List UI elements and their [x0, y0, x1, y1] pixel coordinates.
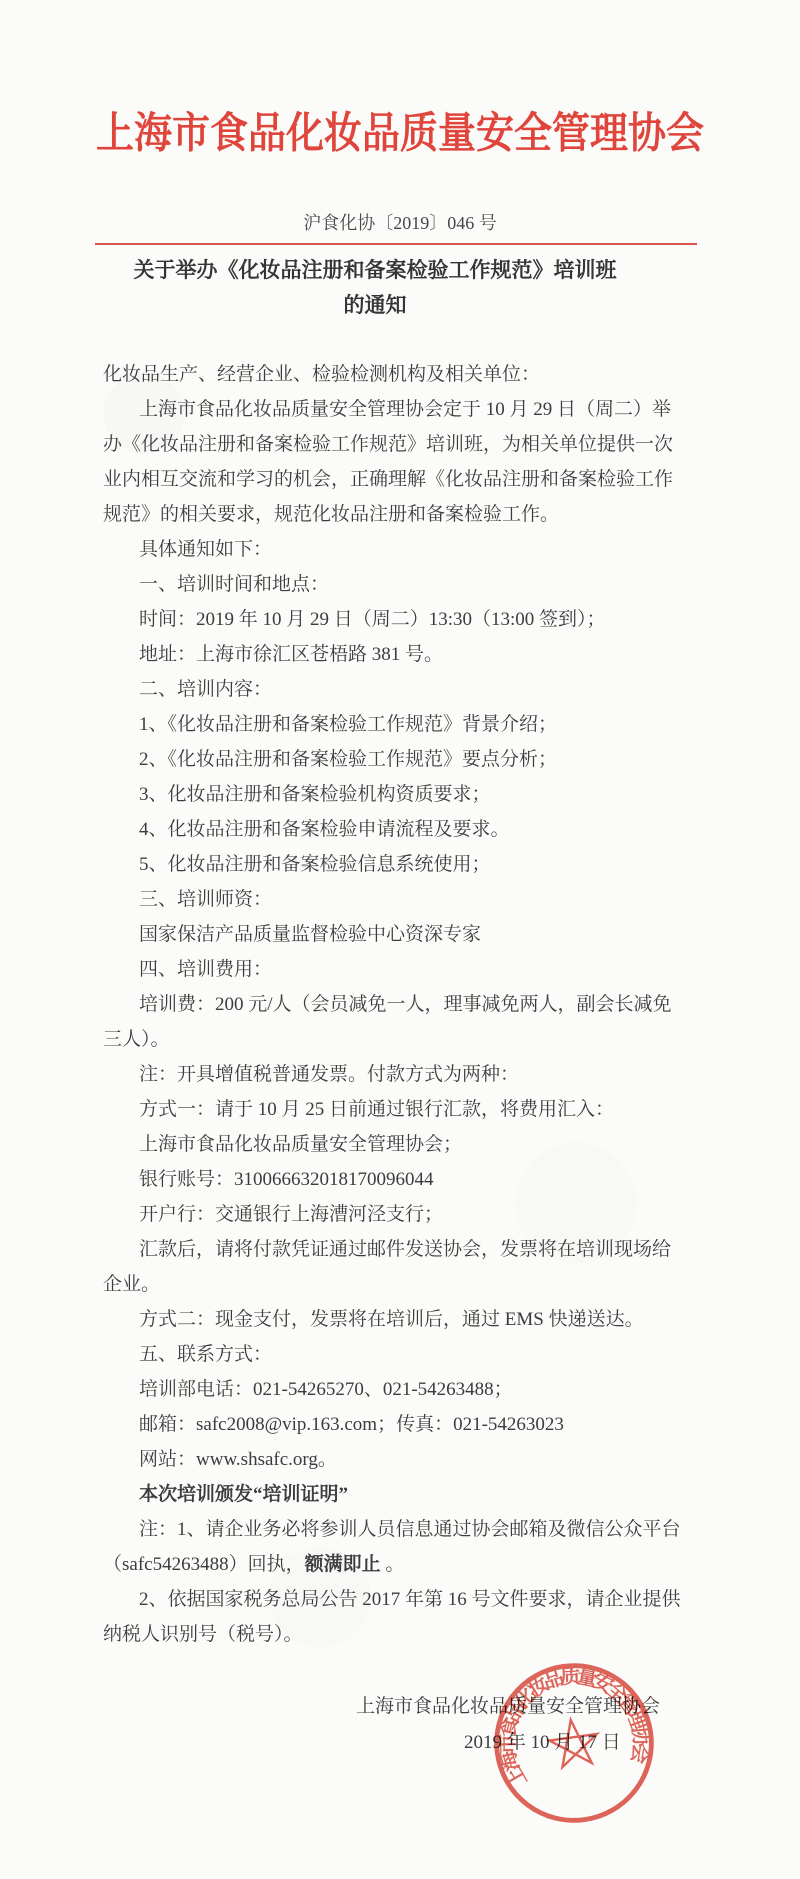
- body-line: 邮箱：safc2008@vip.163.com；传真：021-54263023: [103, 1407, 703, 1442]
- body-line: 企业。: [103, 1267, 703, 1302]
- notice-title-line2: 的通知: [344, 293, 407, 317]
- body-line: 业内相互交流和学习的机会，正确理解《化妆品注册和备案检验工作: [103, 462, 703, 497]
- body-line: 具体通知如下：: [103, 532, 703, 567]
- body-line: 本次培训颁发“培训证明”: [103, 1477, 703, 1512]
- body-line: 4、化妆品注册和备案检验申请流程及要求。: [103, 812, 703, 847]
- body-line: 国家保洁产品质量监督检验中心资深专家: [103, 917, 703, 952]
- notice-title-line1: 关于举办《化妆品注册和备案检验工作规范》培训班: [134, 258, 617, 282]
- document-number: 沪食化协〔2019〕046 号: [0, 209, 800, 235]
- scanned-notice-page: 上海市食品化妆品质量安全管理协会 沪食化协〔2019〕046 号 关于举办《化妆…: [0, 0, 800, 1879]
- notice-title: 关于举办《化妆品注册和备案检验工作规范》培训班的通知: [72, 253, 678, 323]
- body-line: 注：开具增值税普通发票。付款方式为两种：: [103, 1057, 703, 1092]
- body-lines: 化妆品生产、经营企业、检验检测机构及相关单位：上海市食品化妆品质量安全管理协会定…: [103, 357, 703, 1652]
- body-line: 地址：上海市徐汇区苍梧路 381 号。: [103, 637, 703, 672]
- body-line: 一、培训时间和地点：: [103, 567, 703, 602]
- body-line: 方式一：请于 10 月 25 日前通过银行汇款，将费用汇入：: [103, 1092, 703, 1127]
- body-line: 网站：www.shsafc.org。: [103, 1442, 703, 1477]
- official-seal: 上海市食品化妆品质量安全管理协会: [476, 1645, 673, 1842]
- body-line: 办《化妆品注册和备案检验工作规范》培训班，为相关单位提供一次: [103, 427, 703, 462]
- body-line: 开户行：交通银行上海漕河泾支行；: [103, 1197, 703, 1232]
- body-line: 四、培训费用：: [103, 952, 703, 987]
- body-line: 化妆品生产、经营企业、检验检测机构及相关单位：: [103, 357, 703, 392]
- body-line: （safc54263488）回执，额满即止 。: [103, 1547, 703, 1582]
- body-line: 培训费：200 元/人（会员减免一人，理事减免两人，副会长减免: [103, 987, 703, 1022]
- body-line: 培训部电话：021-54265270、021-54263488；: [103, 1372, 703, 1407]
- association-header: 上海市食品化妆品质量安全管理协会: [0, 98, 800, 160]
- body-line: 五、联系方式：: [103, 1337, 703, 1372]
- body-line: 纳税人识别号（税号）。: [103, 1617, 703, 1652]
- body-line: 1、《化妆品注册和备案检验工作规范》背景介绍；: [103, 707, 703, 742]
- body-line: 注：1、请企业务必将参训人员信息通过协会邮箱及微信公众平台: [103, 1512, 703, 1547]
- seal-star-icon: [547, 1717, 601, 1769]
- body-line: 时间：2019 年 10 月 29 日（周二）13:30（13:00 签到）；: [103, 602, 703, 637]
- body-line: 上海市食品化妆品质量安全管理协会；: [103, 1127, 703, 1162]
- body-line: 汇款后，请将付款凭证通过邮件发送协会，发票将在培训现场给: [103, 1232, 703, 1267]
- body-line: 三人）。: [103, 1022, 703, 1057]
- body-line: 2、《化妆品注册和备案检验工作规范》要点分析；: [103, 742, 703, 777]
- body-line: 5、化妆品注册和备案检验信息系统使用；: [103, 847, 703, 882]
- body-line: 三、培训师资：: [103, 882, 703, 917]
- body-line: 2、依据国家税务总局公告 2017 年第 16 号文件要求，请企业提供: [103, 1582, 703, 1617]
- body-line: 规范》的相关要求，规范化妆品注册和备案检验工作。: [103, 497, 703, 532]
- body-line: 银行账号：310066632018170096044: [103, 1162, 703, 1197]
- body-line: 二、培训内容：: [103, 672, 703, 707]
- body-line: 3、化妆品注册和备案检验机构资质要求；: [103, 777, 703, 812]
- red-divider: [95, 243, 697, 245]
- body-line: 上海市食品化妆品质量安全管理协会定于 10 月 29 日（周二）举: [103, 392, 703, 427]
- body-line: 方式二：现金支付，发票将在培训后，通过 EMS 快递送达。: [103, 1302, 703, 1337]
